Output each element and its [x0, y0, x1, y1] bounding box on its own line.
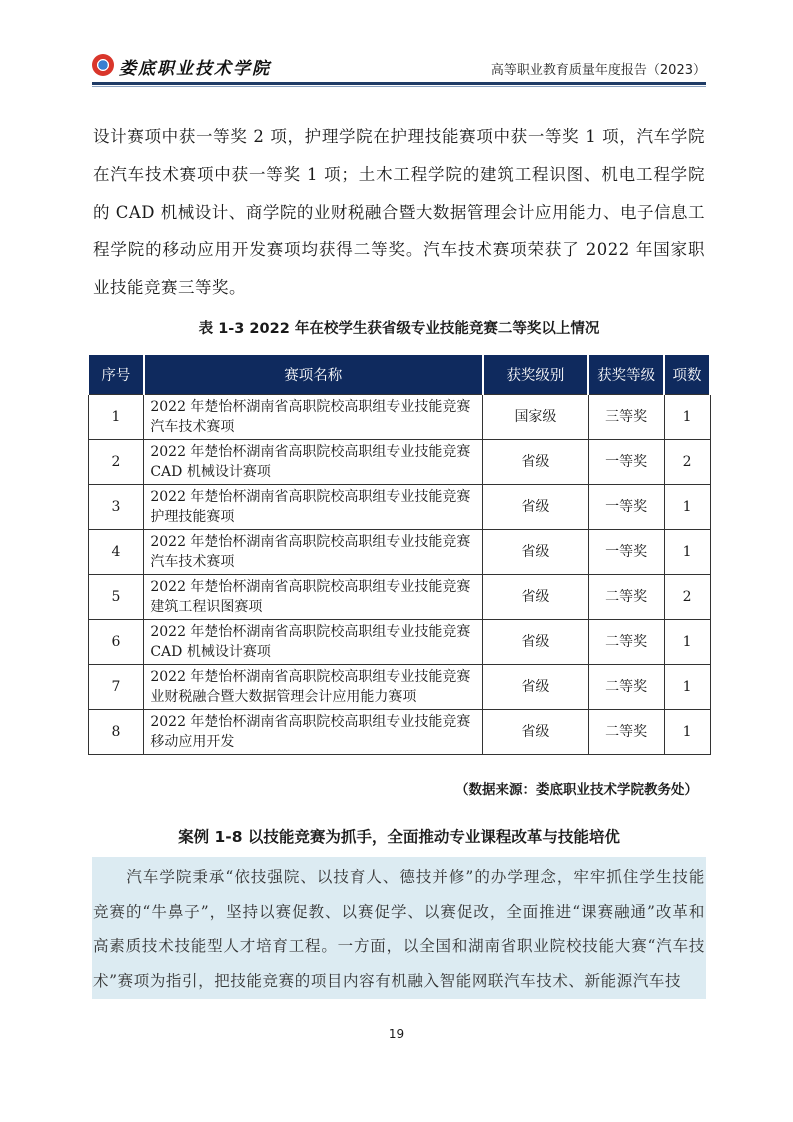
table-row: 7 2022 年楚怡杯湖南省高职院校高职组专业技能竞赛业财税融合暨大数据管理会计…: [88, 665, 710, 710]
cell-no: 6: [88, 620, 144, 665]
cell-name-line1: 2022 年楚怡杯湖南省高职院校高职组专业技能竞赛: [150, 489, 470, 505]
cell-count: 2: [664, 440, 710, 485]
cell-no: 4: [88, 530, 144, 575]
cell-level: 省级: [483, 710, 589, 755]
cell-count: 1: [664, 710, 710, 755]
cell-count: 1: [664, 395, 710, 440]
cell-name: 2022 年楚怡杯湖南省高职院校高职组专业技能竞赛CAD 机械设计赛项: [144, 440, 483, 485]
col-header-grade: 获奖等级: [588, 354, 664, 395]
cell-grade: 二等奖: [588, 665, 664, 710]
col-header-no: 序号: [88, 354, 144, 395]
table-row: 6 2022 年楚怡杯湖南省高职院校高职组专业技能竞赛CAD 机械设计赛项 省级…: [88, 620, 710, 665]
cell-count: 2: [664, 575, 710, 620]
case-title: 案例 1-8 以技能竞赛为抓手，全面推动专业课程改革与技能培优: [92, 825, 706, 847]
cell-name: 2022 年楚怡杯湖南省高职院校高职组专业技能竞赛CAD 机械设计赛项: [144, 620, 483, 665]
table-header-row: 序号 赛项名称 获奖级别 获奖等级 项数: [88, 354, 710, 395]
cell-name-line2: 汽车技术赛项: [150, 554, 234, 570]
cell-no: 3: [88, 485, 144, 530]
cell-no: 5: [88, 575, 144, 620]
cell-name-line2: 业财税融合暨大数据管理会计应用能力赛项: [150, 689, 416, 705]
cell-count: 1: [664, 665, 710, 710]
school-logo-icon: [92, 54, 114, 76]
cell-level: 省级: [483, 530, 589, 575]
cell-name-line1: 2022 年楚怡杯湖南省高职院校高职组专业技能竞赛: [150, 444, 470, 460]
cell-name-line2: 汽车技术赛项: [150, 419, 234, 435]
cell-grade: 三等奖: [588, 395, 664, 440]
table-row: 3 2022 年楚怡杯湖南省高职院校高职组专业技能竞赛护理技能赛项 省级 一等奖…: [88, 485, 710, 530]
cell-level: 省级: [483, 440, 589, 485]
col-header-count: 项数: [664, 354, 710, 395]
cell-level: 省级: [483, 575, 589, 620]
report-title: 高等职业教育质量年度报告（2023）: [491, 59, 706, 78]
cell-count: 1: [664, 620, 710, 665]
cell-name-line2: CAD 机械设计赛项: [150, 644, 271, 660]
cell-name: 2022 年楚怡杯湖南省高职院校高职组专业技能竞赛汽车技术赛项: [144, 395, 483, 440]
cell-name-line1: 2022 年楚怡杯湖南省高职院校高职组专业技能竞赛: [150, 669, 470, 685]
col-header-level: 获奖级别: [483, 354, 589, 395]
cell-no: 7: [88, 665, 144, 710]
cell-name-line2: 护理技能赛项: [150, 509, 234, 525]
table-row: 5 2022 年楚怡杯湖南省高职院校高职组专业技能竞赛建筑工程识图赛项 省级 二…: [88, 575, 710, 620]
cell-no: 1: [88, 395, 144, 440]
cell-name: 2022 年楚怡杯湖南省高职院校高职组专业技能竞赛建筑工程识图赛项: [144, 575, 483, 620]
school-name: 娄底职业技术学院: [119, 54, 271, 79]
table-row: 4 2022 年楚怡杯湖南省高职院校高职组专业技能竞赛汽车技术赛项 省级 一等奖…: [88, 530, 710, 575]
cell-name-line1: 2022 年楚怡杯湖南省高职院校高职组专业技能竞赛: [150, 624, 470, 640]
table-caption: 表 1-3 2022 年在校学生获省级专业技能竞赛二等奖以上情况: [92, 317, 706, 338]
cell-no: 2: [88, 440, 144, 485]
cell-no: 8: [88, 710, 144, 755]
cell-name: 2022 年楚怡杯湖南省高职院校高职组专业技能竞赛汽车技术赛项: [144, 530, 483, 575]
cell-grade: 一等奖: [588, 440, 664, 485]
cell-name-line2: CAD 机械设计赛项: [150, 464, 271, 480]
cell-name-line1: 2022 年楚怡杯湖南省高职院校高职组专业技能竞赛: [150, 714, 470, 730]
table-row: 2 2022 年楚怡杯湖南省高职院校高职组专业技能竞赛CAD 机械设计赛项 省级…: [88, 440, 710, 485]
cell-grade: 一等奖: [588, 485, 664, 530]
col-header-name: 赛项名称: [144, 354, 483, 395]
case-text: 汽车学院秉承“依技强院、以技育人、德技并修”的办学理念，牢牢抓住学生技能竞赛的“…: [93, 860, 705, 998]
table-row: 8 2022 年楚怡杯湖南省高职院校高职组专业技能竞赛移动应用开发 省级 二等奖…: [88, 710, 710, 755]
cell-grade: 二等奖: [588, 575, 664, 620]
cell-level: 省级: [483, 620, 589, 665]
cell-grade: 二等奖: [588, 620, 664, 665]
cell-count: 1: [664, 530, 710, 575]
table-row: 1 2022 年楚怡杯湖南省高职院校高职组专业技能竞赛汽车技术赛项 国家级 三等…: [88, 395, 710, 440]
cell-name-line1: 2022 年楚怡杯湖南省高职院校高职组专业技能竞赛: [150, 399, 470, 415]
header-rule-thin: [92, 86, 706, 87]
cell-name: 2022 年楚怡杯湖南省高职院校高职组专业技能竞赛移动应用开发: [144, 710, 483, 755]
awards-table: 序号 赛项名称 获奖级别 获奖等级 项数 1 2022 年楚怡杯湖南省高职院校高…: [87, 353, 711, 755]
cell-name-line1: 2022 年楚怡杯湖南省高职院校高职组专业技能竞赛: [150, 579, 470, 595]
header-rule: [92, 82, 706, 85]
cell-level: 省级: [483, 665, 589, 710]
page-number: 19: [0, 1027, 793, 1041]
page-header: 娄底职业技术学院 高等职业教育质量年度报告（2023）: [92, 50, 706, 82]
cell-grade: 一等奖: [588, 530, 664, 575]
cell-name-line2: 建筑工程识图赛项: [150, 599, 262, 615]
cell-grade: 二等奖: [588, 710, 664, 755]
cell-name-line1: 2022 年楚怡杯湖南省高职院校高职组专业技能竞赛: [150, 534, 470, 550]
cell-count: 1: [664, 485, 710, 530]
body-paragraph: 设计赛项中获一等奖 2 项，护理学院在护理技能赛项中获一等奖 1 项，汽车学院在…: [93, 118, 705, 307]
cell-level: 国家级: [483, 395, 589, 440]
cell-name: 2022 年楚怡杯湖南省高职院校高职组专业技能竞赛护理技能赛项: [144, 485, 483, 530]
cell-name-line2: 移动应用开发: [150, 734, 234, 750]
cell-name: 2022 年楚怡杯湖南省高职院校高职组专业技能竞赛业财税融合暨大数据管理会计应用…: [144, 665, 483, 710]
data-source-note: （数据来源：娄底职业技术学院教务处）: [455, 778, 698, 798]
case-text-content: 汽车学院秉承“依技强院、以技育人、德技并修”的办学理念，牢牢抓住学生技能竞赛的“…: [93, 868, 705, 990]
cell-level: 省级: [483, 485, 589, 530]
